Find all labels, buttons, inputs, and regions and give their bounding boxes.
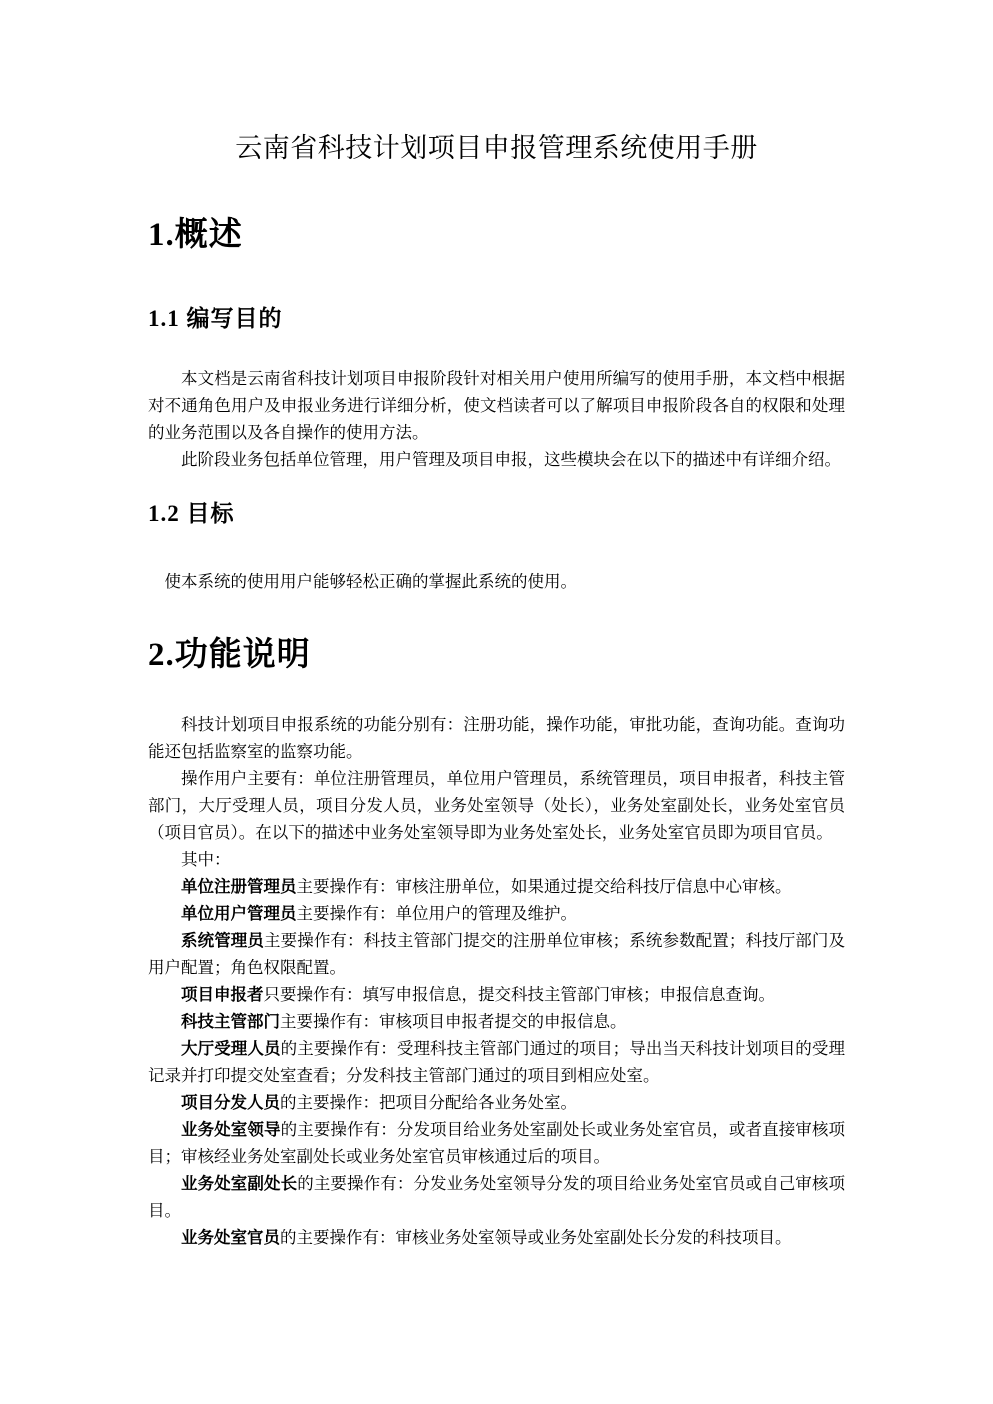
role-item-project-distributor: 项目分发人员的主要操作：把项目分配给各业务处室。 <box>148 1089 845 1116</box>
role-item-hall-staff: 大厅受理人员的主要操作有：受理科技主管部门通过的项目；导出当天科技计划项目的受理… <box>148 1035 845 1089</box>
role-item-unit-register-admin: 单位注册管理员主要操作有：审核注册单位，如果通过提交给科技厅信息中心审核。 <box>148 873 845 900</box>
purpose-paragraph-2: 此阶段业务包括单位管理，用户管理及项目申报，这些模块会在以下的描述中有详细介绍。 <box>148 446 845 473</box>
role-term: 大厅受理人员 <box>181 1039 281 1058</box>
role-desc: 的主要操作：把项目分配给各业务处室。 <box>280 1093 577 1112</box>
role-term: 系统管理员 <box>181 931 264 950</box>
functions-paragraph-2: 操作用户主要有：单位注册管理员，单位用户管理员，系统管理员，项目申报者，科技主管… <box>148 765 845 846</box>
role-term: 项目申报者 <box>181 985 264 1004</box>
role-item-office-official: 业务处室官员的主要操作有：审核业务处室领导或业务处室副处长分发的科技项目。 <box>148 1224 845 1251</box>
role-desc: 只要操作有：填写申报信息，提交科技主管部门审核；申报信息查询。 <box>264 985 776 1004</box>
role-item-project-applicant: 项目申报者只要操作有：填写申报信息，提交科技主管部门审核；申报信息查询。 <box>148 981 845 1008</box>
document-page: 云南省科技计划项目申报管理系统使用手册 1.概述 1.1 编写目的 本文档是云南… <box>0 0 993 1404</box>
document-title: 云南省科技计划项目申报管理系统使用手册 <box>148 133 845 163</box>
role-item-unit-user-admin: 单位用户管理员主要操作有：单位用户的管理及维护。 <box>148 900 845 927</box>
role-desc: 的主要操作有：审核业务处室领导或业务处室副处长分发的科技项目。 <box>280 1228 792 1247</box>
role-term: 业务处室官员 <box>181 1228 280 1247</box>
role-desc: 主要操作有：审核项目申报者提交的申报信息。 <box>280 1012 627 1031</box>
heading-1-2-goal: 1.2 目标 <box>148 500 845 528</box>
role-item-office-deputy: 业务处室副处长的主要操作有：分发业务处室领导分发的项目给业务处室官员或自己审核项… <box>148 1170 845 1224</box>
role-term: 项目分发人员 <box>181 1093 280 1112</box>
role-term: 业务处室领导 <box>181 1120 281 1139</box>
functions-paragraph-among: 其中： <box>148 846 845 873</box>
purpose-paragraph-1: 本文档是云南省科技计划项目申报阶段针对相关用户使用所编写的使用手册，本文档中根据… <box>148 365 845 446</box>
role-item-tech-dept: 科技主管部门主要操作有：审核项目申报者提交的申报信息。 <box>148 1008 845 1035</box>
goal-paragraph: 使本系统的使用用户能够轻松正确的掌握此系统的使用。 <box>148 568 845 595</box>
role-item-office-leader: 业务处室领导的主要操作有：分发项目给业务处室副处长或业务处室官员，或者直接审核项… <box>148 1116 845 1170</box>
role-term: 单位注册管理员 <box>181 877 297 896</box>
heading-section-1-overview: 1.概述 <box>148 215 845 255</box>
role-term: 科技主管部门 <box>181 1012 280 1031</box>
role-desc: 主要操作有：单位用户的管理及维护。 <box>297 904 578 923</box>
role-term: 单位用户管理员 <box>181 904 297 923</box>
role-item-system-admin: 系统管理员主要操作有：科技主管部门提交的注册单位审核；系统参数配置；科技厅部门及… <box>148 927 845 981</box>
heading-1-1-purpose: 1.1 编写目的 <box>148 305 845 333</box>
role-desc: 主要操作有：审核注册单位，如果通过提交给科技厅信息中心审核。 <box>297 877 792 896</box>
functions-paragraph-1: 科技计划项目申报系统的功能分别有：注册功能，操作功能，审批功能，查询功能。查询功… <box>148 711 845 765</box>
role-term: 业务处室副处长 <box>181 1174 297 1193</box>
heading-section-2-functions: 2.功能说明 <box>148 635 845 675</box>
